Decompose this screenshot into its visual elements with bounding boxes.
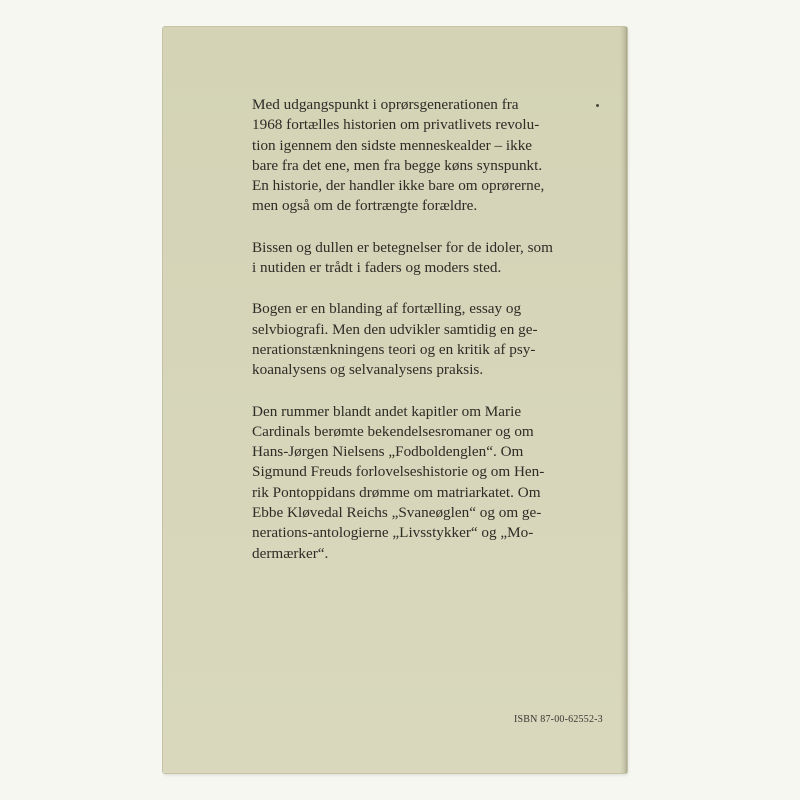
isbn-label: ISBN 87-00-62552-3 (514, 714, 603, 725)
blurb-paragraph-4: Den rummer blandt andet kapitler om Mari… (252, 402, 600, 564)
blurb-text: Med udgangspunkt i oprørsgenerationen fr… (252, 95, 600, 585)
blurb-paragraph-3: Bogen er en blanding af fortælling, essa… (252, 299, 600, 380)
blurb-paragraph-1: Med udgangspunkt i oprørsgenerationen fr… (252, 95, 600, 217)
blurb-paragraph-2: Bissen og dullen er betegnelser for de i… (252, 238, 600, 279)
book-back-cover: Med udgangspunkt i oprørsgenerationen fr… (163, 27, 627, 773)
